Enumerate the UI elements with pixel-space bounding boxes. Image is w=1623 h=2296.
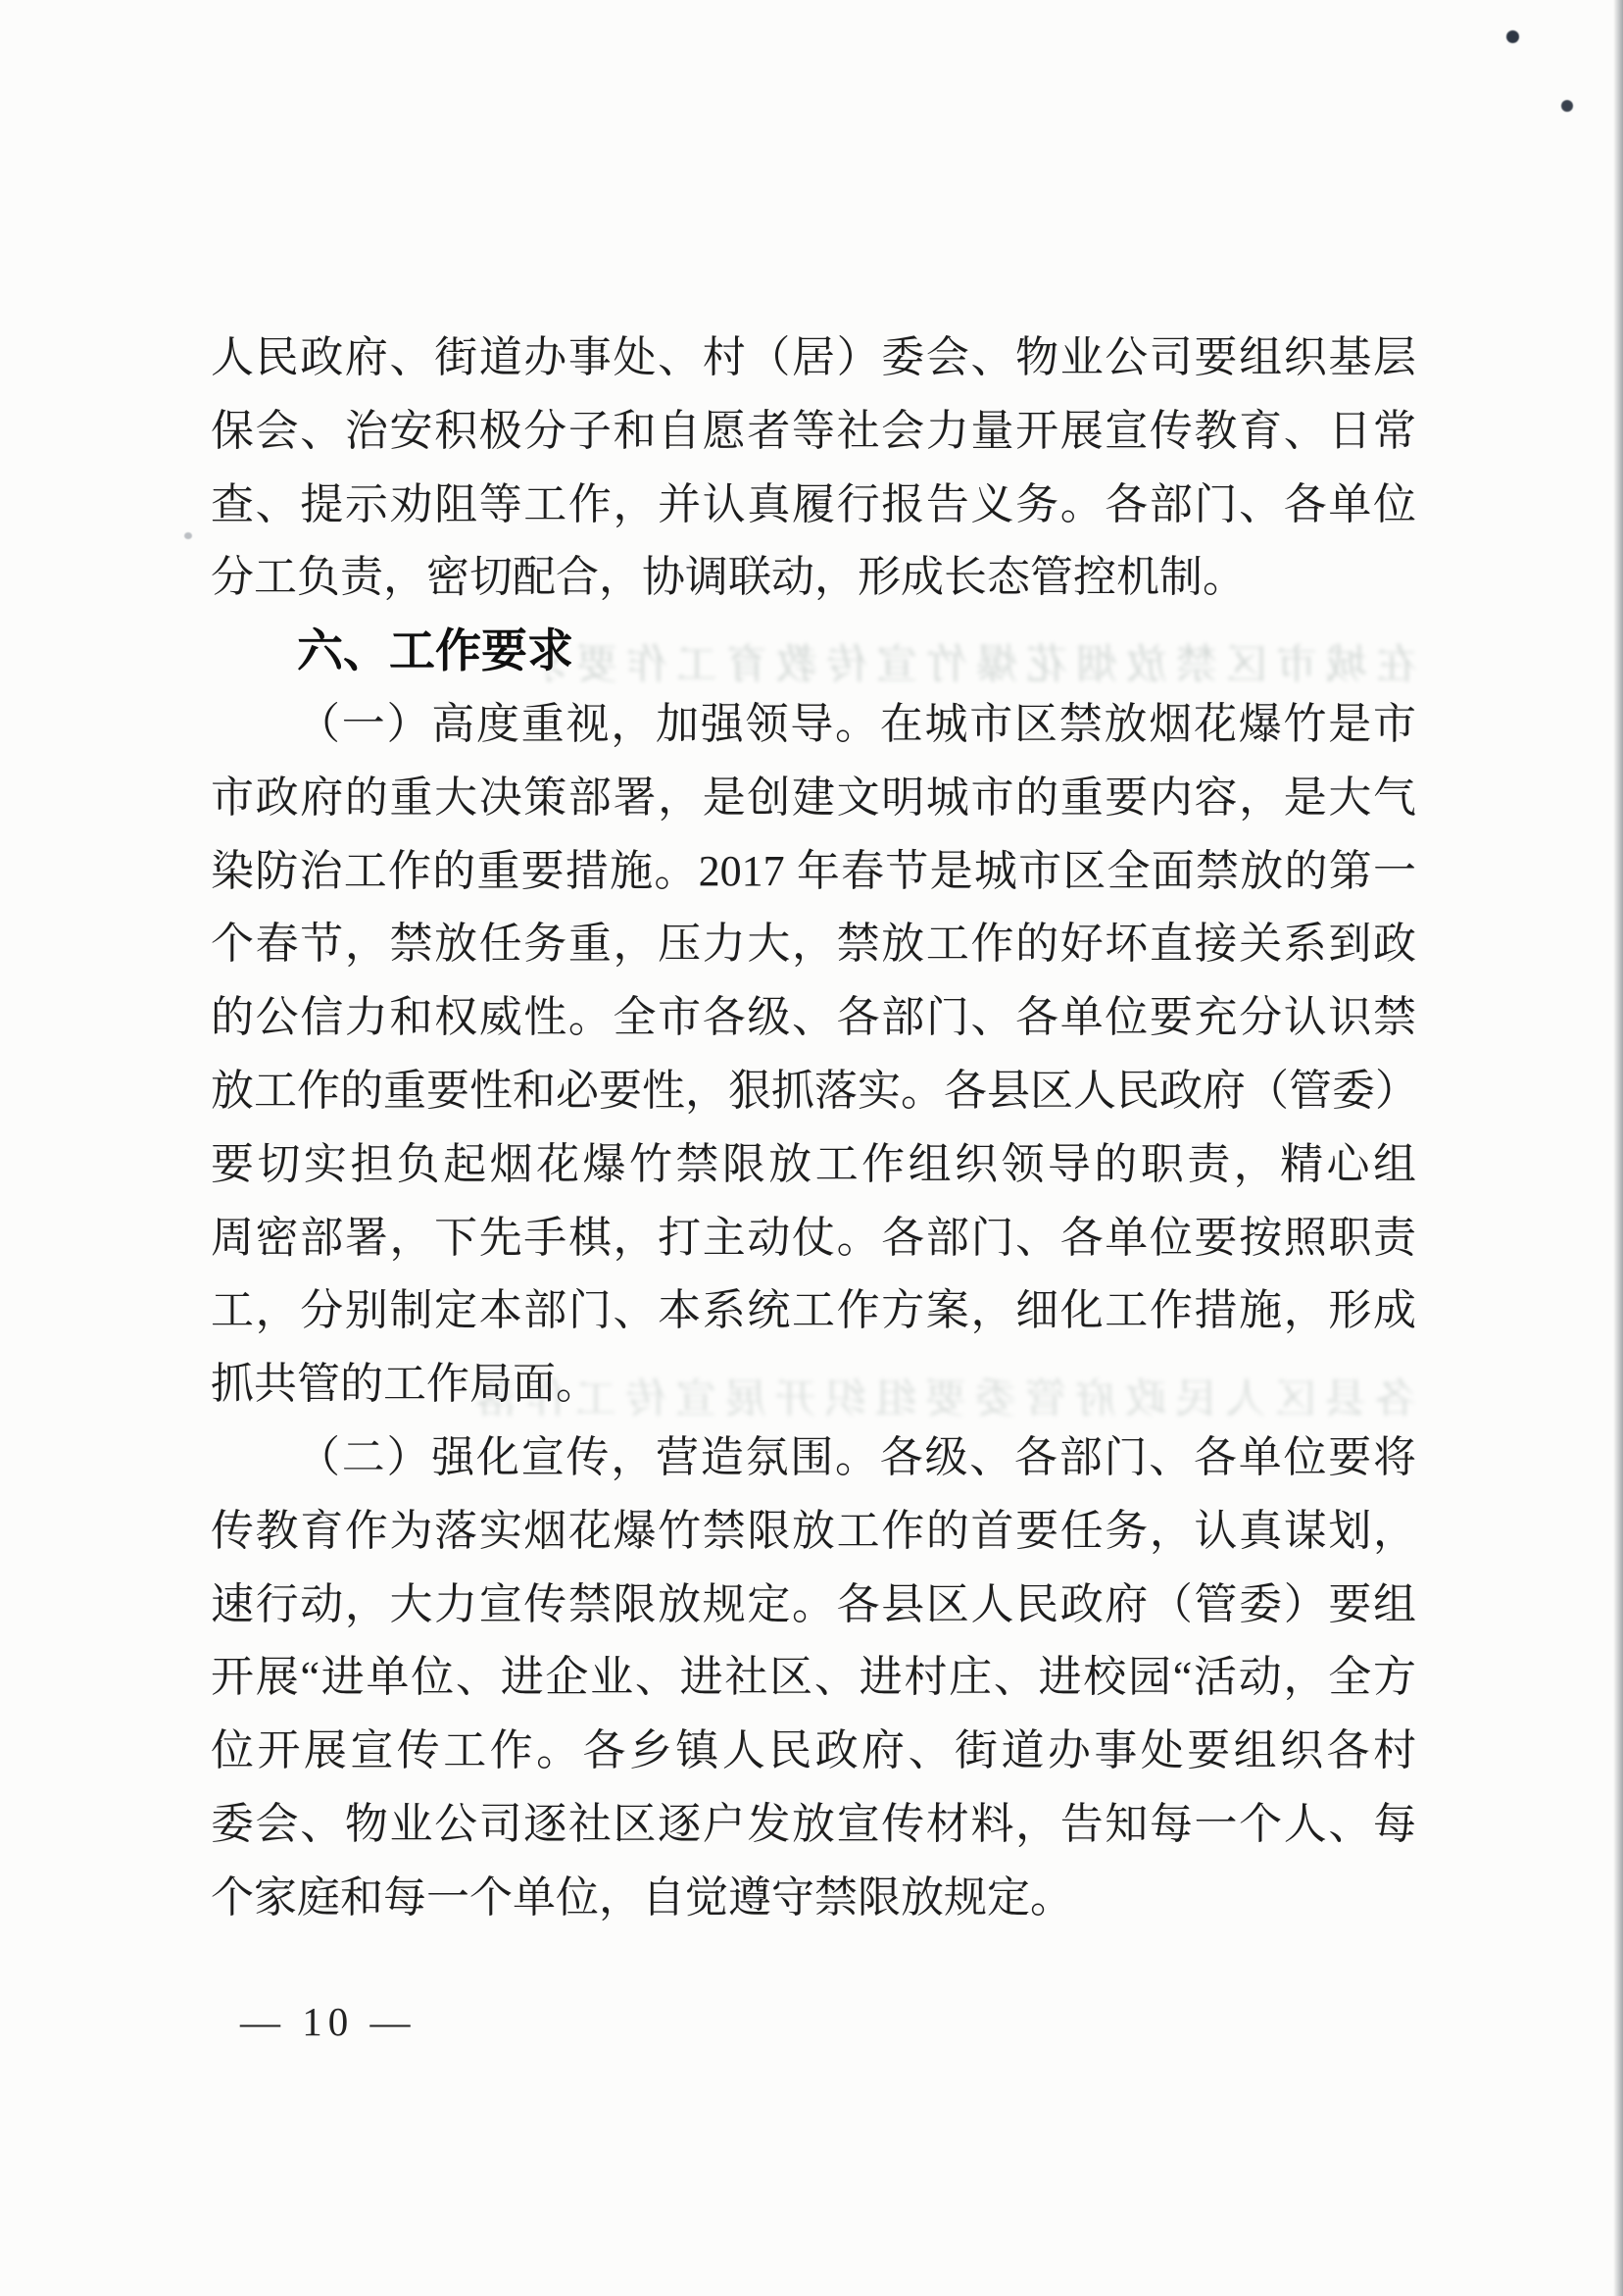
text-line: 放工作的重要性和必要性，狠抓落实。各县区人民政府（管委）: [211, 1055, 1416, 1128]
text-line: 周密部署，下先手棋，打主动仗。各部门、各单位要按照职责分: [211, 1202, 1416, 1275]
text-block: 人民政府、街道办事处、村（居）委会、物业公司要组织基层治保会、治安积极分子和自愿…: [211, 322, 1416, 1935]
page-number-footer: — 10 —: [240, 1998, 417, 2045]
text-line: 个家庭和每一个单位，自觉遵守禁限放规定。: [211, 1862, 1416, 1935]
text-line: 的公信力和权威性。全市各级、各部门、各单位要充分认识禁限: [211, 981, 1416, 1055]
text-line: 染防治工作的重要措施。2017 年春节是城市区全面禁放的第一: [211, 835, 1416, 909]
text-line: 分工负责，密切配合，协调联动，形成长态管控机制。: [211, 541, 1416, 615]
text-line: 速行动，大力宣传禁限放规定。各县区人民政府（管委）要组织: [211, 1569, 1416, 1642]
text-line: 开展“进单位、进企业、进社区、进村庄、进校园“活动，全方: [211, 1641, 1416, 1715]
text-line: 抓共管的工作局面。: [211, 1348, 1416, 1422]
text-line: （二）强化宣传，营造氛围。各级、各部门、各单位要将宣: [211, 1422, 1416, 1495]
scanned-page-edge-shadow: [1613, 0, 1623, 2296]
scan-speck: [1506, 30, 1519, 43]
text-line: （一）高度重视，加强领导。在城市区禁放烟花爆竹是市委、: [211, 688, 1416, 762]
text-line: 查、提示劝阻等工作，并认真履行报告义务。各部门、各单位要: [211, 469, 1416, 542]
text-line: 位开展宣传工作。各乡镇人民政府、街道办事处要组织各村（居）: [211, 1715, 1416, 1788]
document-page: 在城市区禁放烟花爆竹宣传教育工作要求落实 各县区人民政府管委要组织开展宣传工作落…: [0, 0, 1623, 2296]
text-line: 人民政府、街道办事处、村（居）委会、物业公司要组织基层治: [211, 322, 1416, 395]
text-line: 工，分别制定本部门、本系统工作方案，细化工作措施，形成齐: [211, 1274, 1416, 1348]
text-line: 委会、物业公司逐社区逐户发放宣传材料，告知每一个人、每一: [211, 1788, 1416, 1862]
section-heading: 六、工作要求: [211, 615, 1416, 688]
text-line: 个春节，禁放任务重，压力大，禁放工作的好坏直接关系到政府: [211, 908, 1416, 981]
scan-speck: [1561, 100, 1573, 112]
text-line: 传教育作为落实烟花爆竹禁限放工作的首要任务，认真谋划，迅: [211, 1495, 1416, 1569]
text-line: 保会、治安积极分子和自愿者等社会力量开展宣传教育、日常巡: [211, 395, 1416, 469]
text-line: 要切实担负起烟花爆竹禁限放工作组织领导的职责，精心组织，: [211, 1128, 1416, 1202]
scan-speck: [184, 532, 192, 539]
text-line: 市政府的重大决策部署，是创建文明城市的重要内容，是大气污: [211, 762, 1416, 835]
